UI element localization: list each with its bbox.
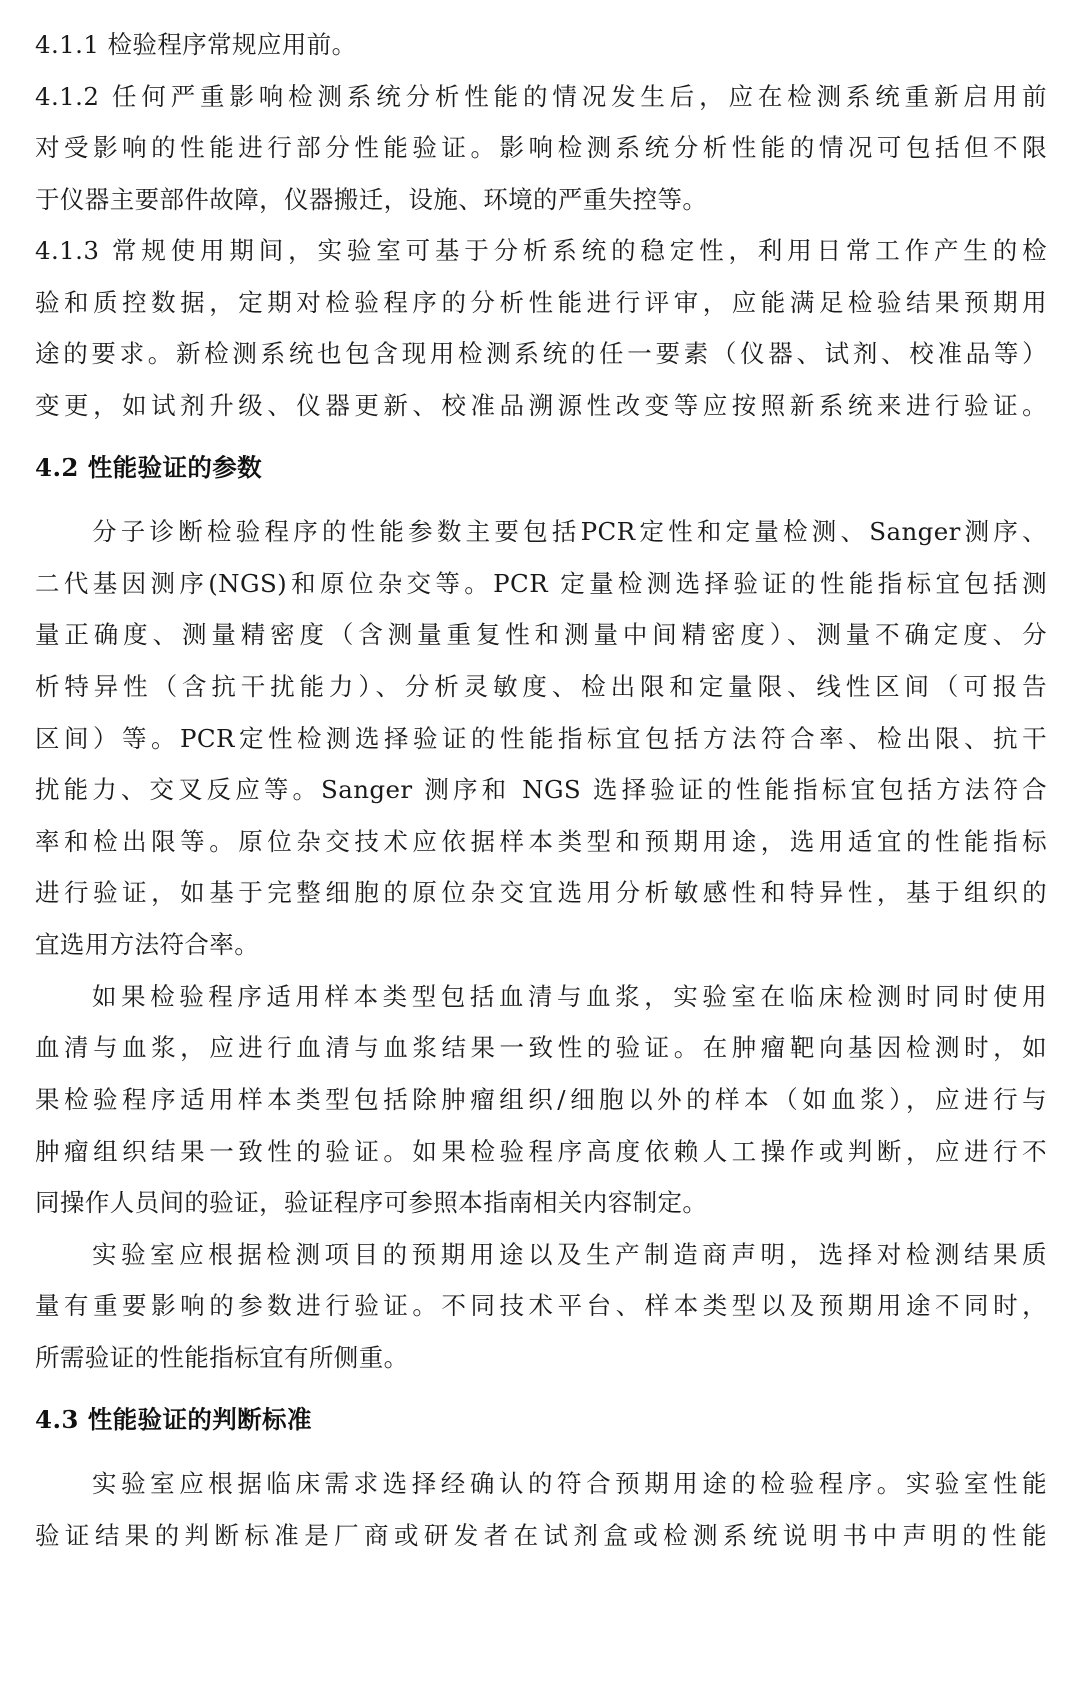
section-heading-4-2: 4.2 性能验证的参数: [35, 453, 1047, 483]
paragraph-line: 析特异性（含抗干扰能力）、分析灵敏度、检出限和定量限、线性区间（可报告: [35, 672, 1047, 702]
paragraph-line: 同操作人员间的验证，验证程序可参照本指南相关内容制定。: [35, 1188, 1047, 1218]
section-heading-4-3: 4.3 性能验证的判断标准: [35, 1405, 1047, 1435]
paragraph-line: 量正确度、测量精密度（含测量重复性和测量中间精密度）、测量不确定度、分: [35, 620, 1047, 650]
paragraph-line: 肿瘤组织结果一致性的验证。如果检验程序高度依赖人工操作或判断，应进行不: [35, 1137, 1047, 1167]
paragraph-line: 量有重要影响的参数进行验证。不同技术平台、样本类型以及预期用途不同时，: [35, 1291, 1047, 1321]
paragraph-line: 验证结果的判断标准是厂商或研发者在试剂盒或检测系统说明书中声明的性能: [35, 1521, 1047, 1551]
item-4-1-3-line: 4.1.3 常规使用期间，实验室可基于分析系统的稳定性，利用日常工作产生的检: [35, 236, 1047, 266]
item-4-1-2-line: 对受影响的性能进行部分性能验证。影响检测系统分析性能的情况可包括但不限: [35, 133, 1047, 163]
paragraph-line: 如果检验程序适用样本类型包括血清与血浆，实验室在临床检测时同时使用: [92, 982, 1047, 1012]
item-4-1-3-line: 变更，如试剂升级、仪器更新、校准品溯源性改变等应按照新系统来进行验证。: [35, 391, 1047, 421]
item-4-1-3-line: 途的要求。新检测系统也包含现用检测系统的任一要素（仪器、试剂、校准品等）: [35, 339, 1047, 369]
paragraph-line: 进行验证，如基于完整细胞的原位杂交宜选用分析敏感性和特异性，基于组织的: [35, 878, 1047, 908]
item-4-1-2-line: 4.1.2 任何严重影响检测系统分析性能的情况发生后，应在检测系统重新启用前: [35, 82, 1047, 112]
paragraph-line: 宜选用方法符合率。: [35, 930, 1047, 960]
item-4-1-1-line: 4.1.1 检验程序常规应用前。: [35, 30, 1047, 60]
document-page: 4.1.1 检验程序常规应用前。 4.1.2 任何严重影响检测系统分析性能的情况…: [0, 0, 1080, 1704]
item-4-1-3-line: 验和质控数据，定期对检验程序的分析性能进行评审，应能满足检验结果预期用: [35, 288, 1047, 318]
paragraph-line: 扰能力、交叉反应等。Sanger 测序和 NGS 选择验证的性能指标宜包括方法符…: [35, 775, 1047, 805]
item-4-1-2-line: 于仪器主要部件故障，仪器搬迁，设施、环境的严重失控等。: [35, 185, 1047, 215]
paragraph-line: 果检验程序适用样本类型包括除肿瘤组织/细胞以外的样本（如血浆），应进行与: [35, 1085, 1047, 1115]
paragraph-line: 实验室应根据临床需求选择经确认的符合预期用途的检验程序。实验室性能: [92, 1469, 1047, 1499]
paragraph-line: 分子诊断检验程序的性能参数主要包括PCR定性和定量检测、Sanger测序、: [92, 517, 1047, 547]
paragraph-line: 血清与血浆，应进行血清与血浆结果一致性的验证。在肿瘤靶向基因检测时，如: [35, 1033, 1047, 1063]
paragraph-line: 实验室应根据检测项目的预期用途以及生产制造商声明，选择对检测结果质: [92, 1240, 1047, 1270]
paragraph-line: 率和检出限等。原位杂交技术应依据样本类型和预期用途，选用适宜的性能指标: [35, 827, 1047, 857]
paragraph-line: 二代基因测序(NGS)和原位杂交等。PCR 定量检测选择验证的性能指标宜包括测: [35, 569, 1047, 599]
paragraph-line: 所需验证的性能指标宜有所侧重。: [35, 1343, 1047, 1373]
paragraph-line: 区间）等。PCR定性检测选择验证的性能指标宜包括方法符合率、检出限、抗干: [35, 724, 1047, 754]
